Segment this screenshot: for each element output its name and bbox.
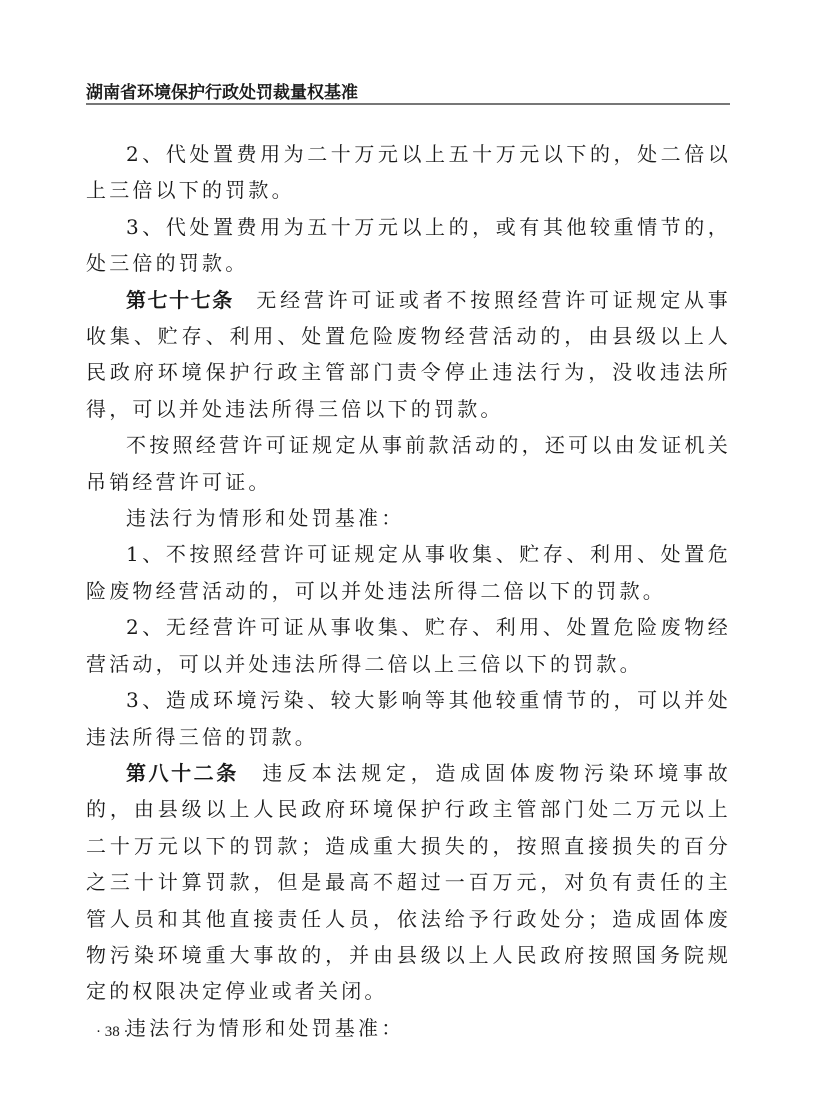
article-text: 违反本法规定，造成固体废物污染环境事故的，由县级以上人民政府环境保护行政主管部门…	[86, 761, 731, 1003]
document-body: 2、代处置费用为二十万元以上五十万元以下的，处二倍以上三倍以下的罚款。 3、代处…	[86, 136, 731, 1046]
article-heading: 第八十二条	[126, 761, 239, 785]
paragraph-revocation: 不按照经营许可证规定从事前款活动的，还可以由发证机关吊销经营许可证。	[86, 427, 731, 500]
criteria-item-2: 2、无经营许可证从事收集、贮存、利用、处置危险废物经营活动，可以并处违法所得二倍…	[86, 609, 731, 682]
article-82: 第八十二条违反本法规定，造成固体废物污染环境事故的，由县级以上人民政府环境保护行…	[86, 755, 731, 1010]
penalty-criteria-heading: 违法行为情形和处罚基准：	[86, 1010, 731, 1046]
paragraph-item-2: 2、代处置费用为二十万元以上五十万元以下的，处二倍以上三倍以下的罚款。	[86, 136, 731, 209]
article-heading: 第七十七条	[126, 288, 234, 312]
criteria-item-3: 3、造成环境污染、较大影响等其他较重情节的，可以并处违法所得三倍的罚款。	[86, 682, 731, 755]
header-divider	[86, 103, 730, 105]
paragraph-item-3: 3、代处置费用为五十万元以上的，或有其他较重情节的，处三倍的罚款。	[86, 209, 731, 282]
document-page: 湖南省环境保护行政处罚裁量权基准 2、代处置费用为二十万元以上五十万元以下的，处…	[0, 0, 816, 1099]
article-77: 第七十七条无经营许可证或者不按照经营许可证规定从事收集、贮存、利用、处置危险废物…	[86, 282, 731, 428]
criteria-item-1: 1、不按照经营许可证规定从事收集、贮存、利用、处置危险废物经营活动的，可以并处违…	[86, 536, 731, 609]
page-number: · 38 ·	[96, 1024, 129, 1041]
penalty-criteria-heading: 违法行为情形和处罚基准：	[86, 500, 731, 536]
running-header: 湖南省环境保护行政处罚裁量权基准	[86, 78, 730, 103]
